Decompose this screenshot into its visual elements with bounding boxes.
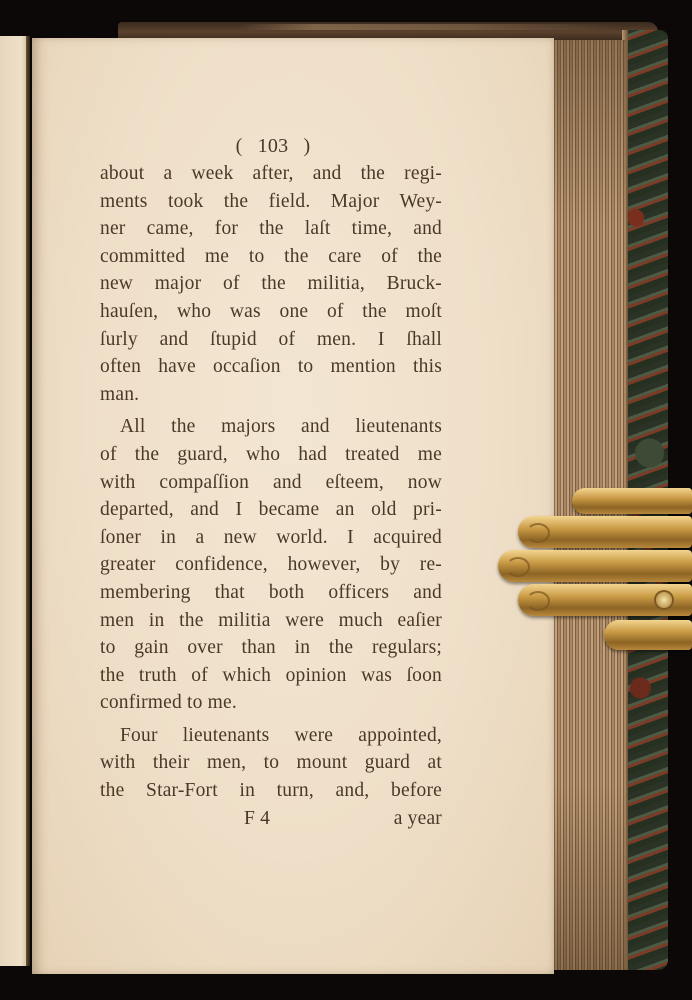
text-line: of the guard, who had treated me xyxy=(100,441,442,469)
text-line: committed me to the care of the xyxy=(100,243,442,271)
text-line: often have occaſion to mention this xyxy=(100,353,442,381)
text-line: ſoner in a new world. I acquired xyxy=(100,524,442,552)
text-line: ſurly and ſtupid of men. I ſhall xyxy=(100,326,442,354)
text-line: men in the militia were much eaſier xyxy=(100,607,442,635)
text-line: hauſen, who was one of the moſt xyxy=(100,298,442,326)
thumb xyxy=(604,620,692,650)
finger xyxy=(498,550,692,582)
text-line: ments took the field. Major Wey- xyxy=(100,188,442,216)
book-photo: ( 103 ) about a week after, and the regi… xyxy=(0,0,692,1000)
brass-hand-page-holder-icon xyxy=(496,486,692,658)
book-page: ( 103 ) about a week after, and the regi… xyxy=(32,38,554,974)
text-line: to gain over than in the regulars; xyxy=(100,634,442,662)
catchword: a year xyxy=(394,805,442,833)
text-line: confirmed to me. xyxy=(100,689,442,717)
text-line: the truth of which opinion was ſoon xyxy=(100,662,442,690)
finger xyxy=(518,516,692,548)
paragraph-start-line: All the majors and lieutenants xyxy=(100,413,442,441)
text-line: with compaſſion and eſteem, now xyxy=(100,469,442,497)
text-line: greater confidence, however, by re- xyxy=(100,551,442,579)
page-text: ( 103 ) about a week after, and the regi… xyxy=(100,132,442,833)
text-line: with their men, to mount guard at xyxy=(100,749,442,777)
signature-mark: F 4 xyxy=(244,805,270,833)
paragraph-start-line: Four lieutenants were appointed, xyxy=(100,722,442,750)
page-number-header: ( 103 ) xyxy=(100,132,442,160)
text-line: new major of the militia, Bruck- xyxy=(100,270,442,298)
text-line: the Star-Fort in turn, and, before xyxy=(100,777,442,805)
text-line: about a week after, and the regi- xyxy=(100,160,442,188)
text-line: ner came, for the laſt time, and xyxy=(100,215,442,243)
text-line: membering that both officers and xyxy=(100,579,442,607)
left-page-sliver xyxy=(0,36,30,966)
text-line: departed, and I became an old pri- xyxy=(100,496,442,524)
ring-icon xyxy=(656,592,672,608)
page-footer: F 4 a year xyxy=(100,805,442,833)
finger xyxy=(572,488,692,514)
text-line: man. xyxy=(100,381,442,409)
